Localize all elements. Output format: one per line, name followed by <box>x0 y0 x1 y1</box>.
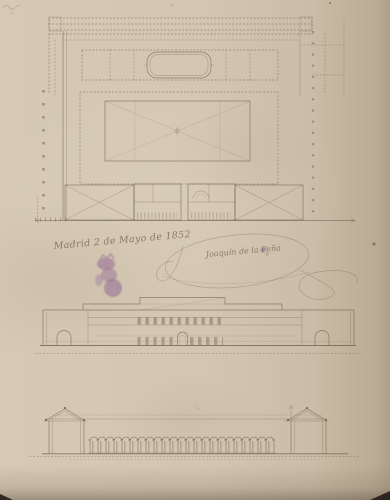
section-height-arrow <box>289 405 293 421</box>
section-arcade-arches <box>90 437 274 441</box>
arcade-section-elevation <box>30 405 358 460</box>
facade-center-arch-door <box>178 332 188 345</box>
drawing-sheet: Madrid 2 de Mayo de 1852 Joaquín de la P… <box>0 0 390 500</box>
plan-oval-hall <box>147 52 211 78</box>
signature-text: Joaquín de la Peña <box>203 243 281 259</box>
plan-top-left-pavilion <box>49 17 61 31</box>
paper-marks <box>3 2 376 246</box>
signature-tail-flourish <box>299 270 357 299</box>
section-center-mark <box>193 405 200 409</box>
crown-ink-stamp-icon <box>95 254 122 297</box>
plan-courtyard-colonnade <box>80 92 278 184</box>
pencil-scribble <box>3 5 20 9</box>
facade-elevation <box>36 298 360 354</box>
floor-plan <box>35 17 355 223</box>
drawing-linework: Madrid 2 de Mayo de 1852 Joaquín de la P… <box>0 0 390 500</box>
plan-stair-curve <box>193 191 209 199</box>
facade-right-door-arch <box>315 331 329 346</box>
date-text: Madrid 2 de Mayo de 1852 <box>52 229 191 252</box>
date-annotation: Madrid 2 de Mayo de 1852 <box>52 229 191 252</box>
facade-left-door-arch <box>57 331 71 346</box>
scan-shadow-corner-left <box>0 494 13 500</box>
scan-shadow-corner-right <box>370 491 390 500</box>
